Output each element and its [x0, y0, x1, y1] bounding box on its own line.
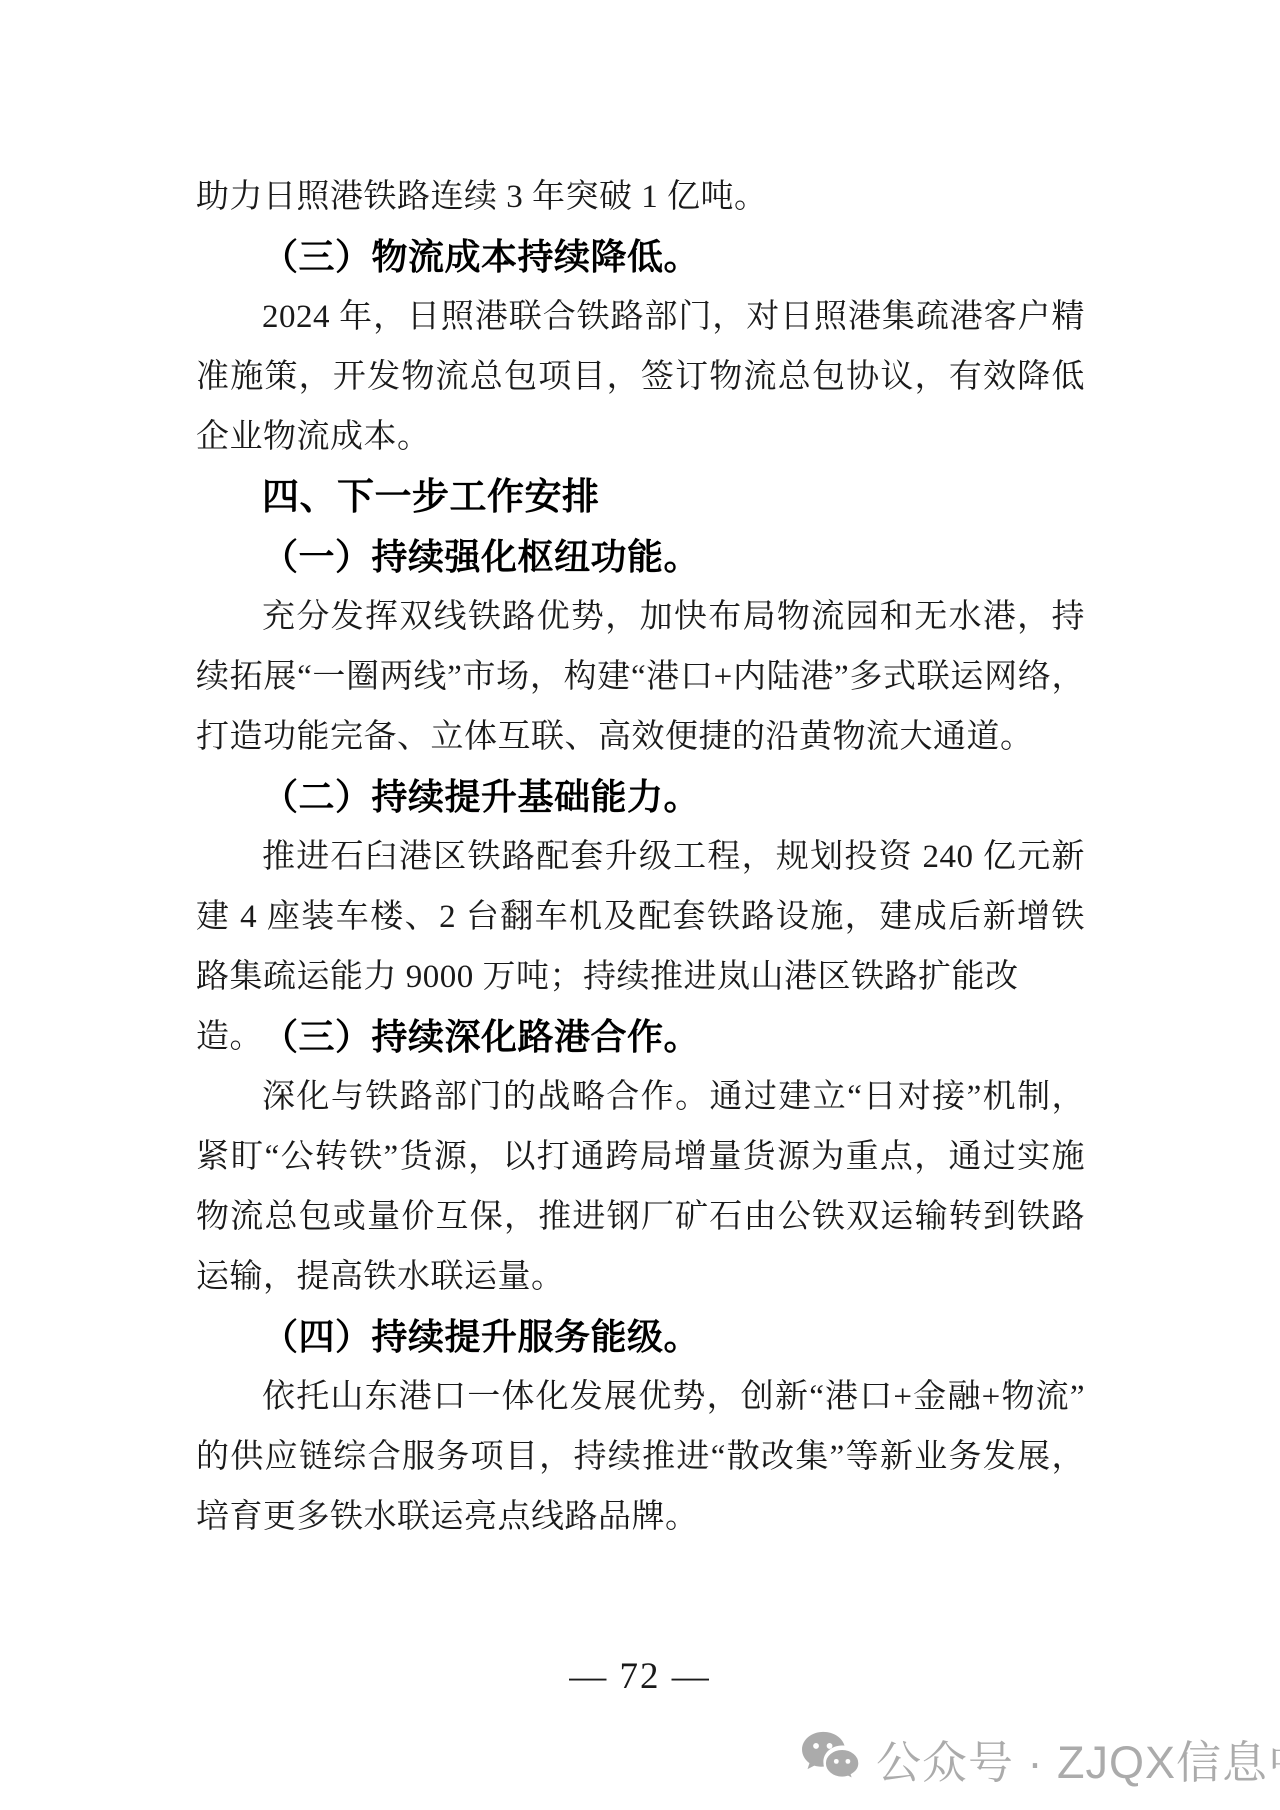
- sub-heading: （四）持续提升服务能级。: [196, 1307, 1085, 1367]
- sub-heading: （三）物流成本持续降低。: [196, 227, 1085, 287]
- body-line: 培育更多铁水联运亮点线路品牌。: [196, 1487, 1085, 1547]
- document-body: 助力日照港铁路连续 3 年突破 1 亿吨。（三）物流成本持续降低。2024 年，…: [196, 167, 1085, 1547]
- document-page: 助力日照港铁路连续 3 年突破 1 亿吨。（三）物流成本持续降低。2024 年，…: [0, 0, 1280, 1810]
- body-line: 运输，提高铁水联运量。: [196, 1247, 1085, 1307]
- page-number: — 72 —: [0, 1655, 1280, 1698]
- sub-heading: （三）持续深化路港合作。: [196, 1007, 1085, 1067]
- body-line: 建 4 座装车楼、2 台翻车机及配套铁路设施，建成后新增铁: [196, 887, 1085, 947]
- sub-heading: （一）持续强化枢纽功能。: [196, 527, 1085, 587]
- wechat-icon: [800, 1730, 862, 1786]
- body-line: 的供应链综合服务项目，持续推进“散改集”等新业务发展，: [196, 1427, 1085, 1487]
- body-line: 准施策，开发物流总包项目，签订物流总包协议，有效降低: [196, 347, 1085, 407]
- body-line: 物流总包或量价互保，推进钢厂矿石由公铁双运输转到铁路: [196, 1187, 1085, 1247]
- body-line: 依托山东港口一体化发展优势，创新“港口+金融+物流”: [196, 1367, 1085, 1427]
- body-line: 紧盯“公转铁”货源，以打通跨局增量货源为重点，通过实施: [196, 1127, 1085, 1187]
- body-line: 路集疏运能力 9000 万吨；持续推进岚山港区铁路扩能改造。: [196, 947, 1085, 1007]
- body-line: 推进石臼港区铁路配套升级工程，规划投资 240 亿元新: [196, 827, 1085, 887]
- body-line: 打造功能完备、立体互联、高效便捷的沿黄物流大通道。: [196, 707, 1085, 767]
- body-line: 深化与铁路部门的战略合作。通过建立“日对接”机制，: [196, 1067, 1085, 1127]
- footer-watermark: 公众号 · ZJQX信息中心: [800, 1726, 1280, 1790]
- body-line: 企业物流成本。: [196, 407, 1085, 467]
- body-line: 助力日照港铁路连续 3 年突破 1 亿吨。: [196, 167, 1085, 227]
- section-heading: 四、下一步工作安排: [196, 467, 1085, 527]
- footer-account-label: 公众号 · ZJQX信息中心: [876, 1726, 1280, 1791]
- body-line: 充分发挥双线铁路优势，加快布局物流园和无水港，持: [196, 587, 1085, 647]
- body-line: 续拓展“一圈两线”市场，构建“港口+内陆港”多式联运网络，: [196, 647, 1085, 707]
- body-line: 2024 年，日照港联合铁路部门，对日照港集疏港客户精: [196, 287, 1085, 347]
- sub-heading: （二）持续提升基础能力。: [196, 767, 1085, 827]
